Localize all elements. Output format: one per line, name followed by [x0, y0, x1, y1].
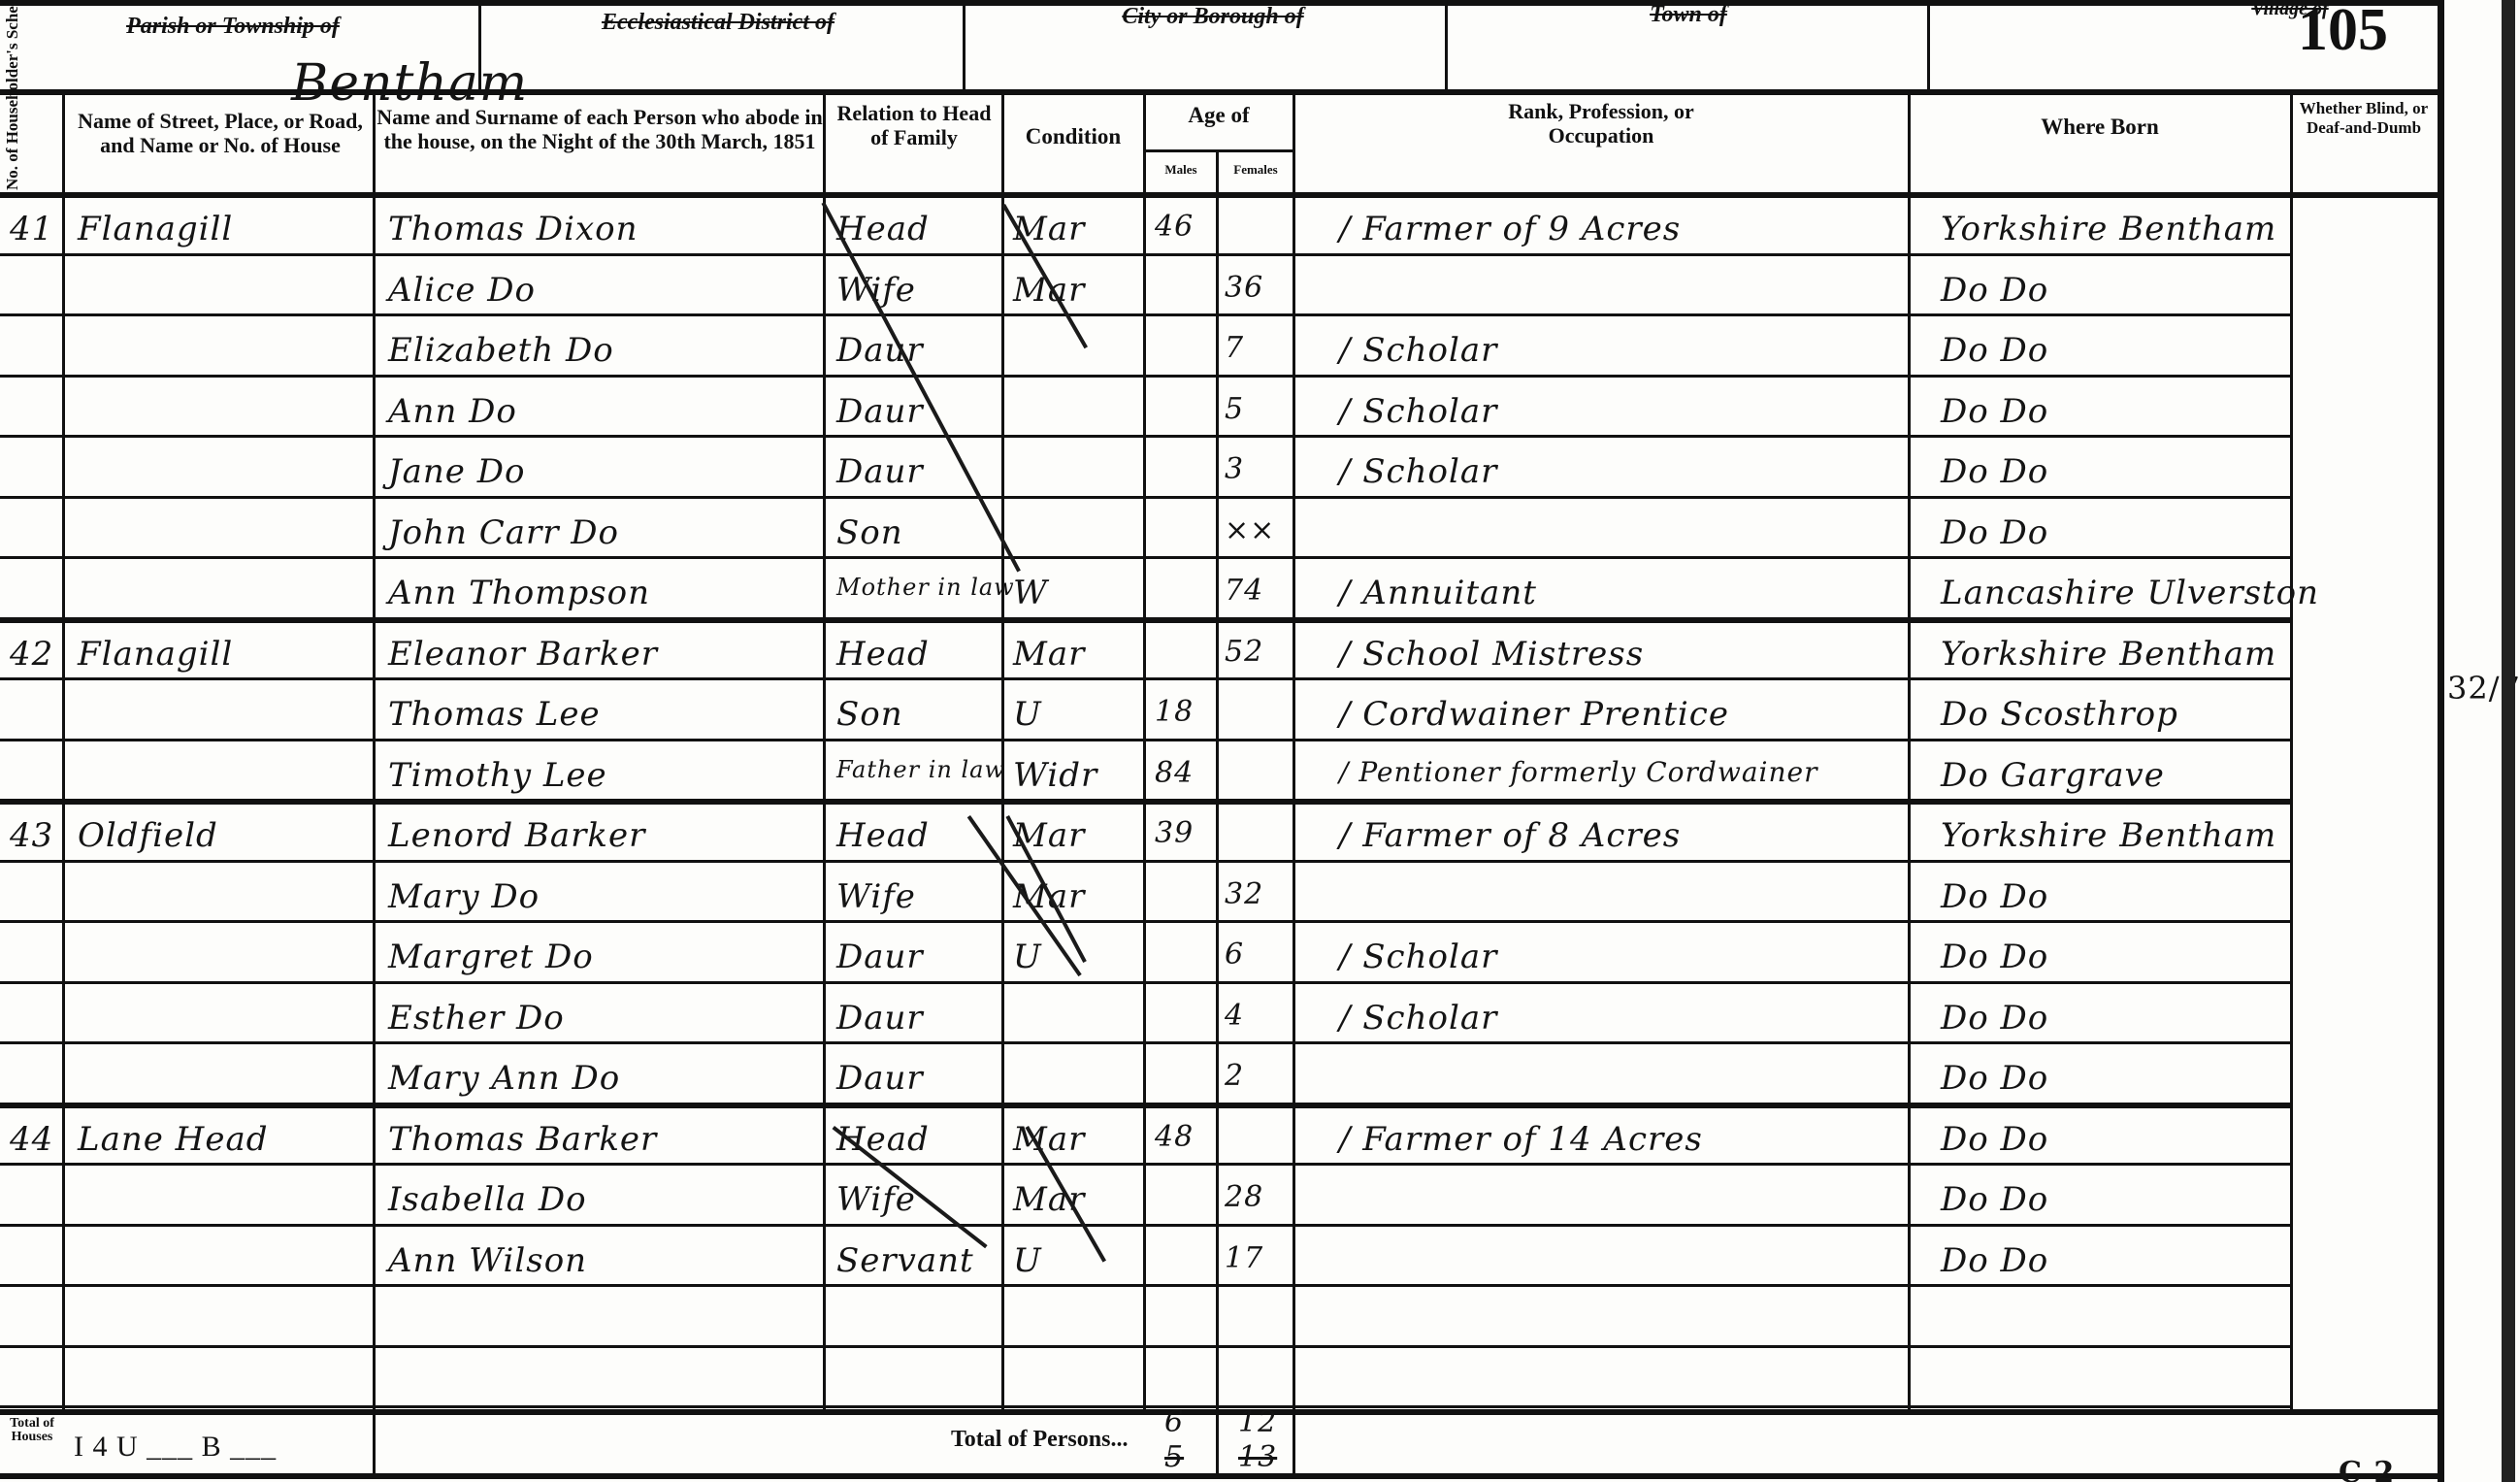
occupation: / Farmer of 8 Acres — [1339, 816, 1681, 855]
row-line — [0, 981, 2290, 984]
col-line — [1908, 91, 1911, 1411]
occupation: / Scholar — [1339, 331, 1497, 370]
relation: Daur — [836, 392, 924, 431]
birthplace: Do Do — [1941, 452, 2048, 491]
male-age: 84 — [1155, 756, 1194, 790]
female-age: 3 — [1225, 452, 1244, 486]
relation: Servant — [836, 1241, 974, 1280]
occupation: / Scholar — [1339, 452, 1497, 491]
birthplace: Do Do — [1941, 1120, 2048, 1159]
relation-header: Relation to Head of Family — [827, 101, 1001, 150]
condition: W — [1013, 574, 1048, 612]
occupation: / Farmer of 9 Acres — [1339, 210, 1681, 248]
male-age: 39 — [1155, 816, 1194, 850]
person-name: Isabella Do — [388, 1180, 587, 1219]
divider — [1445, 0, 1448, 91]
col-line — [823, 91, 826, 1411]
person-name: Timothy Lee — [388, 756, 607, 795]
relation: Head — [836, 210, 930, 248]
occupation: / Scholar — [1339, 999, 1497, 1037]
birthplace: Yorkshire Bentham — [1941, 816, 2276, 855]
schedule-number: 42 — [10, 635, 53, 674]
person-name: Lenord Barker — [388, 816, 645, 855]
col-line — [1001, 91, 1004, 1411]
col-line — [373, 1411, 376, 1475]
schedule-header: No. of Householder's Schedule — [4, 97, 21, 190]
col-line — [1216, 1411, 1219, 1475]
row-line — [0, 1284, 2290, 1287]
person-name: Eleanor Barker — [388, 635, 658, 674]
page-number: 105 — [2298, 0, 2388, 65]
place-name: Lane Head — [78, 1120, 268, 1159]
page-edge — [2502, 0, 2515, 1482]
person-name: Mary Ann Do — [388, 1059, 620, 1098]
header-divider — [0, 89, 2438, 95]
divider — [1927, 0, 1930, 91]
occupation: / Scholar — [1339, 938, 1497, 976]
birthplace: Do Do — [1941, 938, 2048, 976]
top-border — [0, 0, 2438, 6]
row-line — [0, 496, 2290, 499]
birthplace: Do Do — [1941, 1059, 2048, 1098]
city-label: City or Borough of — [1077, 4, 1349, 31]
female-age: 32 — [1225, 877, 1263, 911]
total-houses-label: Total of Houses — [4, 1417, 60, 1444]
female-age: 52 — [1225, 635, 1263, 669]
row-line — [0, 677, 2290, 680]
row-line — [0, 617, 2290, 623]
birthplace: Do Do — [1941, 271, 2048, 310]
birthplace: Do Scosthrop — [1941, 695, 2178, 734]
where-born-header: Where Born — [1910, 115, 2290, 140]
male-age: 48 — [1155, 1120, 1194, 1154]
birthplace: Do Do — [1941, 999, 2048, 1037]
relation: Daur — [836, 452, 924, 491]
row-line — [0, 1163, 2290, 1166]
row-line — [0, 1041, 2290, 1044]
row-line — [0, 1405, 2290, 1408]
birthplace: Do Do — [1941, 1241, 2048, 1280]
place-name: Flanagill — [78, 210, 233, 248]
row-line — [0, 313, 2290, 316]
condition: U — [1013, 1241, 1042, 1280]
row-line — [0, 860, 2290, 863]
females-header: Females — [1219, 163, 1293, 178]
page-right-border — [2438, 0, 2444, 1482]
person-name: Elizabeth Do — [388, 331, 614, 370]
relation: Wife — [836, 1180, 916, 1219]
column-header-bottom — [0, 192, 2438, 198]
condition-header: Condition — [1003, 124, 1143, 149]
occupation: / School Mistress — [1339, 635, 1644, 674]
occupation: / Annuitant — [1339, 574, 1537, 612]
birthplace: Do Do — [1941, 331, 2048, 370]
birthplace: Do Do — [1941, 1180, 2048, 1219]
relation: Daur — [836, 1059, 924, 1098]
total-females: 12 — [1238, 1405, 1277, 1439]
col-line — [2290, 91, 2293, 1411]
person-name: Thomas Lee — [388, 695, 601, 734]
row-line — [0, 253, 2290, 256]
schedule-number: 41 — [10, 210, 53, 248]
female-age: 5 — [1225, 392, 1244, 426]
female-age: 17 — [1225, 1241, 1263, 1275]
female-age: 28 — [1225, 1180, 1263, 1214]
male-age: 46 — [1155, 210, 1194, 244]
relation: Father in law — [836, 756, 1005, 783]
total-females-crossed: 13 — [1238, 1440, 1277, 1474]
female-age: 36 — [1225, 271, 1263, 305]
row-line — [0, 739, 2290, 741]
female-age: 4 — [1225, 999, 1244, 1033]
condition: Mar — [1013, 271, 1085, 310]
person-name: Thomas Dixon — [388, 210, 638, 248]
occupation: / Cordwainer Prentice — [1339, 695, 1729, 734]
relation: Daur — [836, 999, 924, 1037]
female-age: 7 — [1225, 331, 1244, 365]
male-age: 18 — [1155, 695, 1194, 729]
age-header: Age of — [1145, 103, 1293, 128]
female-age: 6 — [1225, 938, 1244, 972]
col-line — [1216, 149, 1219, 1411]
total-persons-label: Total of Persons... — [951, 1427, 1128, 1453]
divider — [478, 0, 481, 91]
birthplace: Do Do — [1941, 392, 2048, 431]
person-name: Mary Do — [388, 877, 540, 916]
col-line — [1143, 91, 1146, 1411]
col-line — [1293, 91, 1295, 1479]
totals-top-line — [0, 1409, 2438, 1415]
schedule-number: 44 — [10, 1120, 53, 1159]
row-line — [0, 1224, 2290, 1227]
town-label: Town of — [1620, 2, 1756, 29]
relation: Head — [836, 635, 930, 674]
occupation-header: Rank, Profession, or Occupation — [1456, 99, 1747, 148]
person-name: Ann Wilson — [388, 1241, 587, 1280]
bottom-border — [0, 1473, 2438, 1479]
row-line — [0, 556, 2290, 559]
relation: Mother in law — [836, 574, 1015, 601]
place-name: Oldfield — [78, 816, 218, 855]
female-age: ×× — [1225, 513, 1275, 547]
person-name: Jane Do — [388, 452, 525, 491]
occupation: / Scholar — [1339, 392, 1497, 431]
condition: Widr — [1013, 756, 1097, 795]
birthplace: Do Gargrave — [1941, 756, 2165, 795]
person-name: Ann Thompson — [388, 574, 650, 612]
divider — [963, 0, 965, 91]
schedule-number: 43 — [10, 816, 53, 855]
relation: Son — [836, 513, 903, 552]
birthplace: Lancashire Ulverston — [1941, 574, 2319, 612]
row-line — [0, 1345, 2290, 1348]
condition: Mar — [1013, 635, 1085, 674]
person-name: Esther Do — [388, 999, 565, 1037]
males-header: Males — [1145, 163, 1217, 178]
birthplace: Do Do — [1941, 513, 2048, 552]
col-line — [62, 91, 65, 1411]
row-line — [0, 1103, 2290, 1108]
person-name: John Carr Do — [388, 513, 619, 552]
col-line — [373, 91, 376, 1411]
condition: Mar — [1013, 1120, 1085, 1159]
condition: U — [1013, 695, 1042, 734]
person-name: Margret Do — [388, 938, 594, 976]
birthplace: Yorkshire Bentham — [1941, 210, 2276, 248]
female-age: 74 — [1225, 574, 1263, 608]
birthplace: Yorkshire Bentham — [1941, 635, 2276, 674]
total-houses-value: I 4 U ___ B ___ — [74, 1431, 277, 1464]
age-divider — [1144, 149, 1293, 152]
row-line — [0, 799, 2290, 805]
total-males-crossed: 5 — [1164, 1440, 1184, 1474]
blind-header: Whether Blind, or Deaf-and-Dumb — [2292, 99, 2436, 137]
row-line — [0, 375, 2290, 378]
name-header: Name and Surname of each Person who abod… — [376, 105, 823, 154]
person-name: Ann Do — [388, 392, 517, 431]
row-line — [0, 920, 2290, 923]
relation: Son — [836, 695, 903, 734]
row-line — [0, 435, 2290, 438]
ecclesiastical-label: Ecclesiastical District of — [563, 10, 873, 37]
street-header: Name of Street, Place, or Road, and Name… — [68, 109, 373, 158]
person-name: Thomas Barker — [388, 1120, 657, 1159]
parish-label: Parish or Township of — [87, 14, 378, 41]
person-name: Alice Do — [388, 271, 536, 310]
relation: Wife — [836, 877, 916, 916]
female-age: 2 — [1225, 1059, 1244, 1093]
condition: U — [1013, 938, 1042, 976]
total-males: 6 — [1164, 1405, 1184, 1439]
place-name: Flanagill — [78, 635, 233, 674]
relation: Head — [836, 816, 930, 855]
occupation: / Pentioner formerly Cordwainer — [1339, 756, 1817, 788]
parish-value: Bentham — [291, 54, 528, 113]
occupation: / Farmer of 14 Acres — [1339, 1120, 1703, 1159]
footer-mark: C 2 — [2339, 1456, 2395, 1482]
relation: Daur — [836, 938, 924, 976]
birthplace: Do Do — [1941, 877, 2048, 916]
census-page: Parish or Township of Bentham Ecclesiast… — [0, 0, 2520, 1482]
